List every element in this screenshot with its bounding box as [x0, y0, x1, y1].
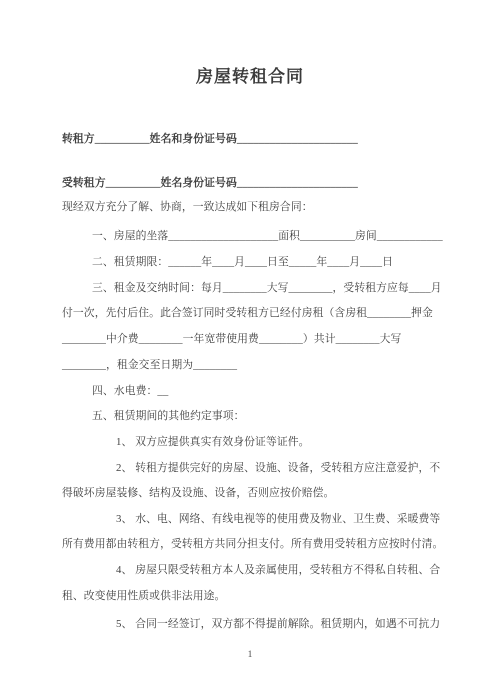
item-3-fees-line-2: 所有费用都由转租方，受转租方共同分担支付。所有费用受转租方应按时付清。 — [62, 537, 443, 551]
contract-page: 房屋转租合同 转租方__________姓名和身份证号码____________… — [0, 0, 500, 694]
clause-3-rent-line-4: ________，租金交至日期为________ — [62, 358, 237, 372]
line-sublessee-party: 受转租方__________姓名身份证号码___________________… — [62, 176, 358, 190]
clause-3-rent-line-1: 三、租金及交纳时间：每月________大写________，受转租方应每___… — [92, 281, 442, 295]
item-5-termination-line-1: 5、 合同一经签订，双方都不得提前解除。租赁期内，如遇不可抗力 — [116, 617, 440, 631]
line-intro: 现经双方充分了解、协商，一致达成如下租房合同： — [62, 200, 313, 214]
clause-5-other-terms-header: 五、租赁期间的其他约定事项： — [92, 409, 245, 423]
item-4-usage-line-1: 4、 房屋只限受转租方本人及亲属使用，受转租方不得私自转租、合 — [116, 563, 440, 577]
item-1-id-documents: 1、 双方应提供真实有效身份证等证件。 — [116, 435, 310, 449]
item-2-facilities-line-2: 得破坏房屋装修、结构及设施、设备，否则应按价赔偿。 — [62, 486, 334, 500]
line-sublessor-party: 转租方__________姓名和身份证号码___________________… — [62, 132, 358, 146]
clause-3-rent-line-3: ________中介费________一年宽带使用费________）共计___… — [62, 332, 401, 346]
clause-2-lease-term: 二、租赁期限：______年____月____日至_____年____月____… — [92, 255, 393, 269]
item-2-facilities-line-1: 2、 转租方提供完好的房屋、设施、设备，受转租方应注意爱护，不 — [116, 461, 440, 475]
item-3-fees-line-1: 3、 水、电、网络、有线电视等的使用费及物业、卫生费、采暖费等 — [116, 512, 440, 526]
document-title: 房屋转租合同 — [0, 62, 500, 87]
clause-3-rent-line-2: 付一次，先付后住。此合签订同时受转租方已经付房租（含房租________押金 — [62, 306, 433, 320]
clause-4-utilities: 四、水电费：__ — [92, 384, 168, 398]
clause-1-location: 一、房屋的坐落____________________面积__________房… — [92, 229, 443, 243]
item-4-usage-line-2: 租、改变使用性质或供非法用途。 — [62, 589, 225, 603]
page-number: 1 — [0, 650, 500, 660]
